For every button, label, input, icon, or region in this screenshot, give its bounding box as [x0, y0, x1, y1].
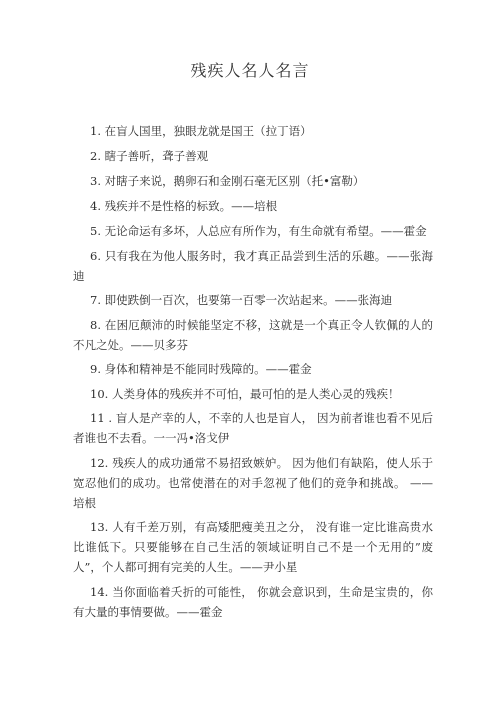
quote-item: 3. 对瞎子来说，鹅卵石和金刚石毫无区别（托•富勒） — [73, 171, 433, 191]
quote-item: 1. 在盲人国里，独眼龙就是国王（拉丁语） — [73, 121, 433, 141]
quote-item: 10. 人类身体的残疾并不可怕，最可怕的是人类心灵的残疾！ — [73, 384, 433, 404]
quote-item: 12. 残疾人的成功通常不易招致嫉妒。 因为他们有缺陷，使人乐于宽忍他们的成功。… — [73, 453, 433, 513]
quote-item: 6. 只有我在为他人服务时，我才真正品尝到生活的乐趣。——张海迪 — [73, 246, 433, 286]
quote-item: 5. 无论命运有多坏，人总应有所作为，有生命就有希望。——霍金 — [73, 221, 433, 241]
page-title: 残疾人名人名言 — [0, 58, 500, 81]
quote-item: 14. 当你面临着夭折的可能性， 你就会意识到，生命是宝贵的，你有大量的事情要做… — [73, 582, 433, 622]
quote-item: 4. 残疾并不是性格的标致。——培根 — [73, 196, 433, 216]
quote-item: 7. 即使跌倒一百次，也要第一百零一次站起来。——张海迪 — [73, 290, 433, 310]
quote-item: 2. 瞎子善听，聋子善观 — [73, 146, 433, 166]
document-page: 残疾人名人名言 1. 在盲人国里，独眼龙就是国王（拉丁语） 2. 瞎子善听，聋子… — [0, 0, 500, 707]
quote-item: 11 . 盲人是产幸的人，不幸的人也是盲人， 因为前者谁也看不见后者谁也不去看。… — [73, 408, 433, 448]
quote-item: 9. 身体和精神是不能同时残障的。——霍金 — [73, 359, 433, 379]
quote-item: 13. 人有千差万别，有高矮肥瘦美丑之分， 没有谁一定比谁高贵水比谁低下。只要能… — [73, 517, 433, 577]
quote-item: 8. 在困厄颠沛的时候能坚定不移，这就是一个真正令人钦佩的人的不凡之处。——贝多… — [73, 315, 433, 355]
quote-list: 1. 在盲人国里，独眼龙就是国王（拉丁语） 2. 瞎子善听，聋子善观 3. 对瞎… — [73, 121, 433, 626]
